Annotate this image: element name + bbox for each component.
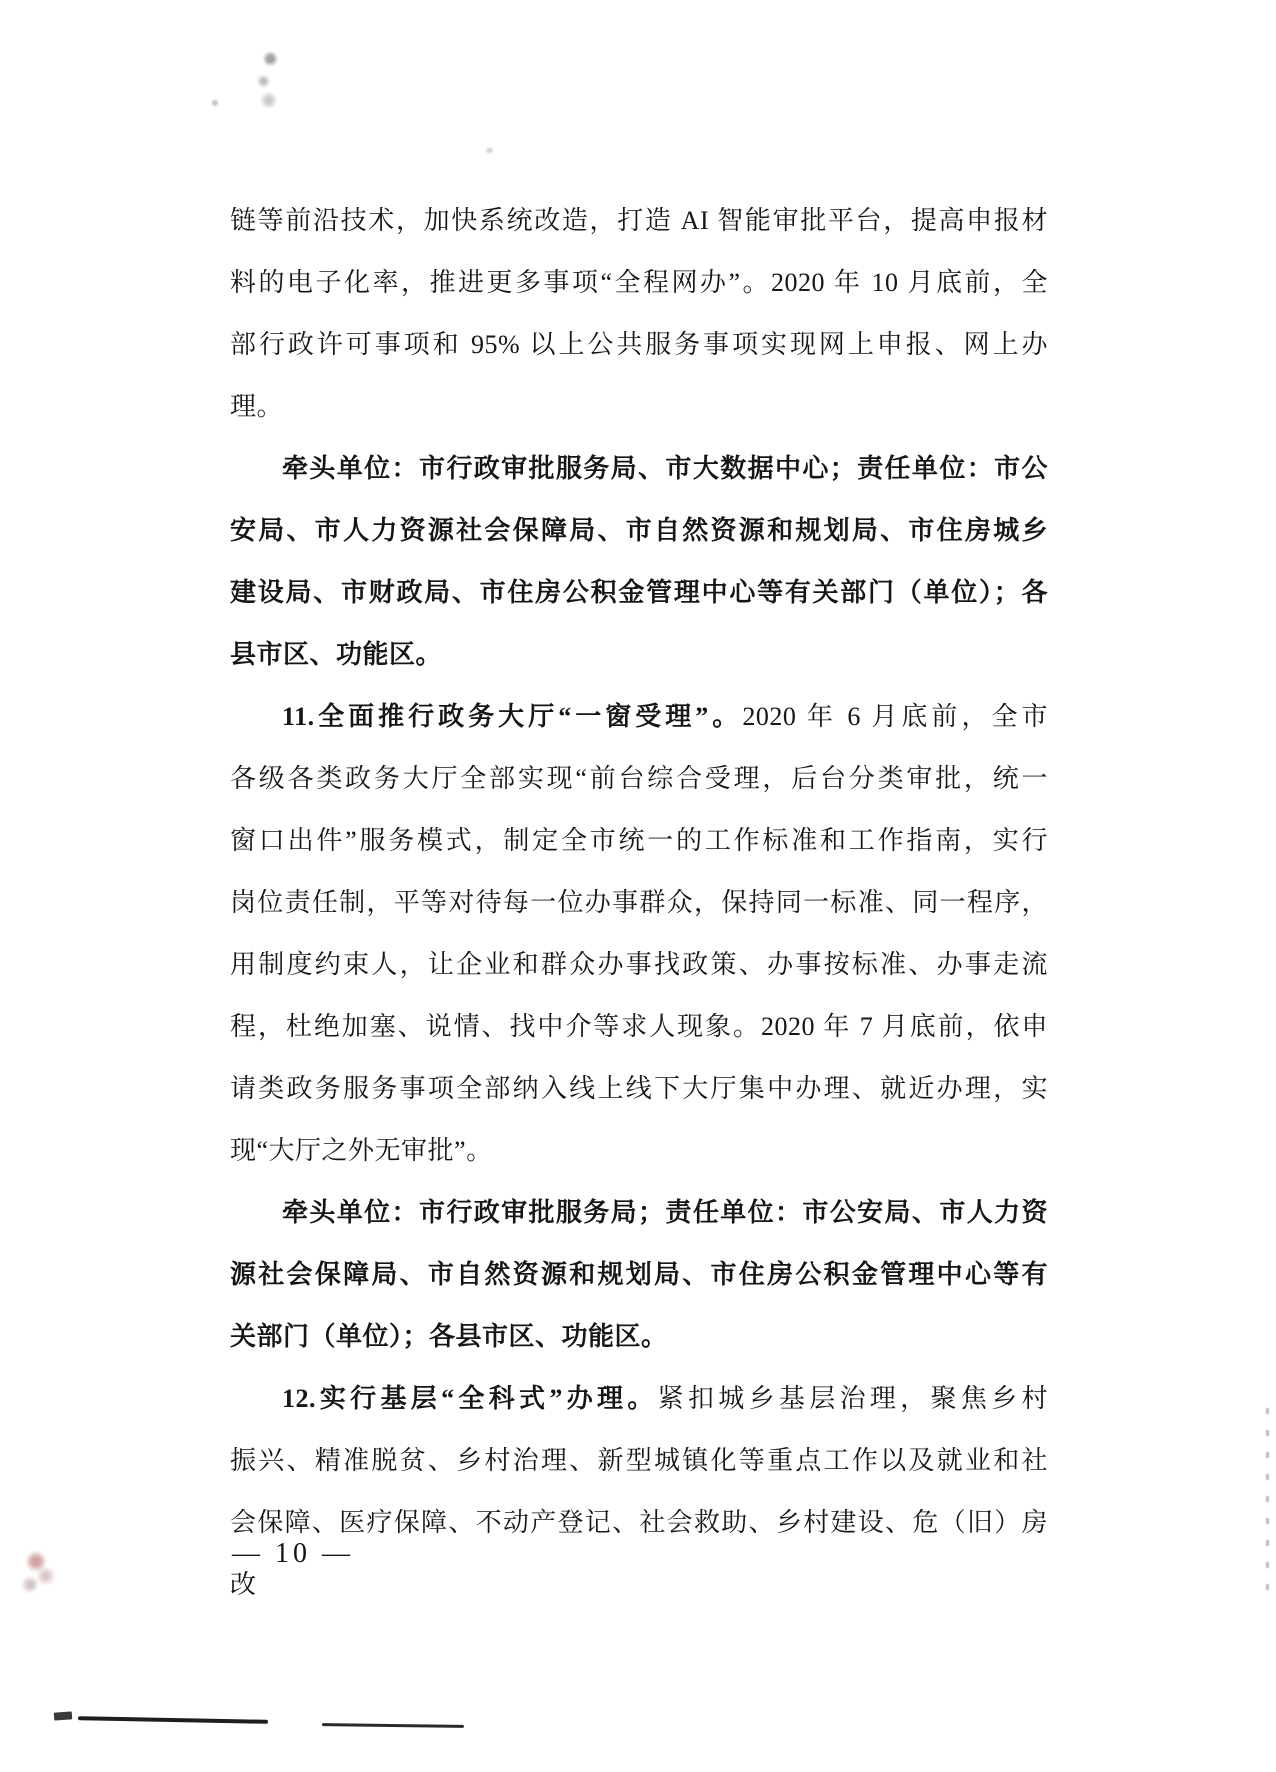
- bold-text-segment: 12.实行基层“全科式”办理。: [282, 1384, 658, 1413]
- text-line: 振兴、精准脱贫、乡村治理、新型城镇化等重点工作以及就业和社: [230, 1430, 1048, 1492]
- text-segment: 链等前沿技术，加快系统改造，打造 AI 智能审批平台，提高申报材: [230, 206, 1048, 235]
- text-line: 窗口出件”服务模式，制定全市统一的工作标准和工作指南，实行: [230, 810, 1048, 872]
- scan-smudge-top: [250, 46, 284, 110]
- text-line: 料的电子化率，推进更多事项“全程网办”。2020 年 10 月底前，全: [230, 252, 1048, 314]
- text-line: 县市区、功能区。: [230, 624, 1048, 686]
- text-segment: 各级各类政务大厅全部实现“前台综合受理，后台分类审批，统一: [230, 764, 1048, 793]
- scan-smudge-red: [18, 1544, 58, 1602]
- text-line: 理。: [230, 376, 1048, 438]
- scan-speck: [212, 100, 218, 106]
- text-segment: 2020 年 6 月底前，全市: [742, 702, 1048, 731]
- scanned-document-page: 链等前沿技术，加快系统改造，打造 AI 智能审批平台，提高申报材料的电子化率，推…: [0, 0, 1276, 1772]
- text-line: 现“大厅之外无审批”。: [230, 1120, 1048, 1182]
- para-units-item-11: 牵头单位：市行政审批服务局；责任单位：市公安局、市人力资源社会保障局、市自然资源…: [230, 1182, 1048, 1368]
- text-line: 牵头单位：市行政审批服务局；责任单位：市公安局、市人力资: [230, 1182, 1048, 1244]
- bold-text-segment: 牵头单位：市行政审批服务局、市大数据中心；责任单位：市公: [282, 454, 1048, 483]
- document-text-block: 链等前沿技术，加快系统改造，打造 AI 智能审批平台，提高申报材料的电子化率，推…: [230, 190, 1048, 1554]
- text-line: 各级各类政务大厅全部实现“前台综合受理，后台分类审批，统一: [230, 748, 1048, 810]
- text-segment: 部行政许可事项和 95% 以上公共服务事项实现网上申报、网上办: [230, 330, 1048, 359]
- scan-edge-marks: [1266, 1408, 1269, 1598]
- text-line: 建设局、市财政局、市住房公积金管理中心等有关部门（单位）；各: [230, 562, 1048, 624]
- page-number: — 10 —: [232, 1538, 354, 1570]
- scan-speck: [486, 148, 493, 153]
- text-segment: 料的电子化率，推进更多事项“全程网办”。2020 年 10 月底前，全: [230, 268, 1048, 297]
- text-line: 安局、市人力资源社会保障局、市自然资源和规划局、市住房城乡: [230, 500, 1048, 562]
- para-item-12: 12.实行基层“全科式”办理。紧扣城乡基层治理，聚焦乡村振兴、精准脱贫、乡村治理…: [230, 1368, 1048, 1554]
- text-segment: 岗位责任制，平等对待每一位办事群众，保持同一标准、同一程序，: [230, 888, 1048, 917]
- text-segment: 紧扣城乡基层治理，聚焦乡村: [658, 1384, 1048, 1413]
- bold-text-segment: 关部门（单位）；各县市区、功能区。: [230, 1322, 668, 1351]
- text-line: 关部门（单位）；各县市区、功能区。: [230, 1306, 1048, 1368]
- text-line: 源社会保障局、市自然资源和规划局、市住房公积金管理中心等有: [230, 1244, 1048, 1306]
- text-segment: 现“大厅之外无审批”。: [230, 1136, 493, 1165]
- scan-streak-left: [78, 1716, 268, 1724]
- text-segment: 理。: [230, 392, 283, 421]
- bold-text-segment: 建设局、市财政局、市住房公积金管理中心等有关部门（单位）；各: [230, 578, 1048, 607]
- para-continuation: 链等前沿技术，加快系统改造，打造 AI 智能审批平台，提高申报材料的电子化率，推…: [230, 190, 1048, 438]
- text-line: 部行政许可事项和 95% 以上公共服务事项实现网上申报、网上办: [230, 314, 1048, 376]
- text-line: 11.全面推行政务大厅“一窗受理”。2020 年 6 月底前，全市: [230, 686, 1048, 748]
- text-segment: 程，杜绝加塞、说情、找中介等求人现象。2020 年 7 月底前，依申: [230, 1012, 1048, 1041]
- bold-text-segment: 源社会保障局、市自然资源和规划局、市住房公积金管理中心等有: [230, 1260, 1048, 1289]
- bold-text-segment: 县市区、功能区。: [230, 640, 442, 669]
- text-segment: 用制度约束人，让企业和群众办事找政策、办事按标准、办事走流: [230, 950, 1048, 979]
- bold-text-segment: 牵头单位：市行政审批服务局；责任单位：市公安局、市人力资: [282, 1198, 1048, 1227]
- bold-text-segment: 11.全面推行政务大厅“一窗受理”。: [282, 702, 742, 731]
- text-segment: 振兴、精准脱贫、乡村治理、新型城镇化等重点工作以及就业和社: [230, 1446, 1048, 1475]
- text-line: 用制度约束人，让企业和群众办事找政策、办事按标准、办事走流: [230, 934, 1048, 996]
- text-segment: 请类政务服务事项全部纳入线上线下大厅集中办理、就近办理，实: [230, 1074, 1048, 1103]
- scan-streak-right: [322, 1723, 464, 1728]
- text-line: 岗位责任制，平等对待每一位办事群众，保持同一标准、同一程序，: [230, 872, 1048, 934]
- para-units-item-10: 牵头单位：市行政审批服务局、市大数据中心；责任单位：市公安局、市人力资源社会保障…: [230, 438, 1048, 686]
- text-line: 请类政务服务事项全部纳入线上线下大厅集中办理、就近办理，实: [230, 1058, 1048, 1120]
- text-segment: 窗口出件”服务模式，制定全市统一的工作标准和工作指南，实行: [230, 826, 1048, 855]
- text-line: 链等前沿技术，加快系统改造，打造 AI 智能审批平台，提高申报材: [230, 190, 1048, 252]
- text-line: 牵头单位：市行政审批服务局、市大数据中心；责任单位：市公: [230, 438, 1048, 500]
- text-line: 程，杜绝加塞、说情、找中介等求人现象。2020 年 7 月底前，依申: [230, 996, 1048, 1058]
- bold-text-segment: 安局、市人力资源社会保障局、市自然资源和规划局、市住房城乡: [230, 516, 1048, 545]
- scan-tick-mark: [54, 1711, 73, 1720]
- text-line: 12.实行基层“全科式”办理。紧扣城乡基层治理，聚焦乡村: [230, 1368, 1048, 1430]
- para-item-11: 11.全面推行政务大厅“一窗受理”。2020 年 6 月底前，全市各级各类政务大…: [230, 686, 1048, 1182]
